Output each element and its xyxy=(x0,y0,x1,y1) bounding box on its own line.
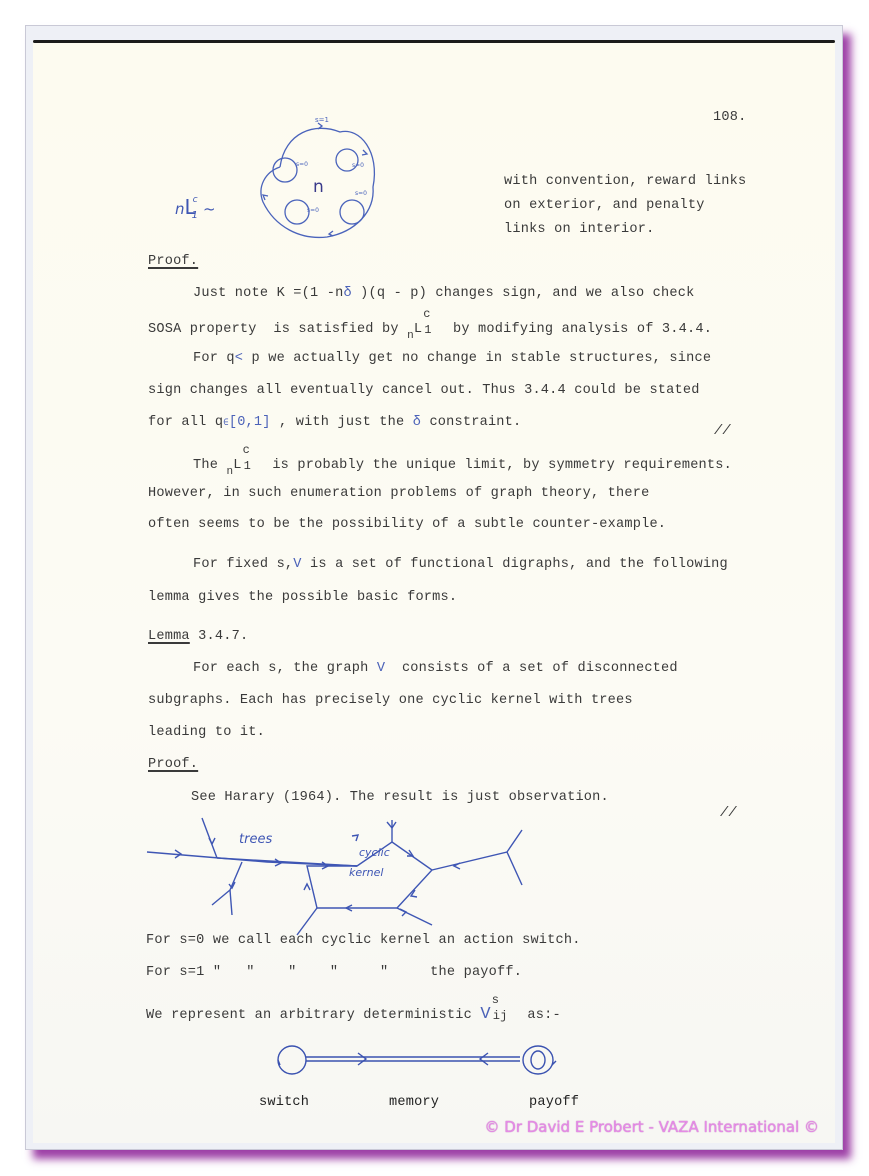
para2-line: The nLc1 is probably the unique limit, b… xyxy=(193,454,732,473)
figure2-functional-digraph: trees cyclic kernel xyxy=(147,810,537,935)
kernel-label: kernel xyxy=(349,866,383,879)
figure3-label-switch: switch xyxy=(259,1095,309,1110)
figure1-caption-line: on exterior, and penalty xyxy=(504,198,705,213)
svg-text:s=0: s=0 xyxy=(307,207,319,214)
proof1-line: for all q∈[0,1] , with just the δ constr… xyxy=(148,415,521,430)
lemma-heading: Lemma 3.4.7. xyxy=(148,629,248,644)
page-number: 108. xyxy=(713,110,746,125)
copyright-watermark: © Dr David E Probert - VAZA Internationa… xyxy=(485,1118,820,1136)
figure3-switch-memory-payoff xyxy=(270,1043,580,1083)
para4-line: For s=1 " " " " " the payoff. xyxy=(146,965,522,980)
proof1-line: sign changes all eventually cancel out. … xyxy=(148,383,700,398)
para4-line: We represent an arbitrary deterministic … xyxy=(146,1004,561,1024)
end-of-proof-mark: // xyxy=(720,806,737,821)
svg-text:s=0: s=0 xyxy=(355,190,367,197)
svg-text:s=0: s=0 xyxy=(296,161,308,168)
lemma-line: subgraphs. Each has precisely one cyclic… xyxy=(148,693,633,708)
paper-top-edge xyxy=(33,40,835,43)
end-of-proof-mark: // xyxy=(714,424,731,439)
figure1-lhs-label: nLc1~ xyxy=(175,195,216,219)
figure3-label-payoff: payoff xyxy=(529,1095,579,1110)
proof1-line: Just note K =(1 -nδ )(q - p) changes sig… xyxy=(193,286,694,301)
kernel-label: cyclic xyxy=(359,846,390,859)
para3-line: For fixed s,V is a set of functional dig… xyxy=(193,557,728,572)
lemma-line: For each s, the graph V consists of a se… xyxy=(193,661,678,676)
para2-line: often seems to be the possibility of a s… xyxy=(148,517,666,532)
proof-heading: Proof. xyxy=(148,757,198,772)
svg-text:s=0: s=0 xyxy=(352,162,364,169)
figure3-label-memory: memory xyxy=(389,1095,439,1110)
para2-line: However, in such enumeration problems of… xyxy=(148,486,649,501)
trees-label: trees xyxy=(239,832,272,847)
proof1-line: SOSA property is satisfied by nLc1 by mo… xyxy=(148,318,712,337)
figure1-caption-line: links on interior. xyxy=(504,222,654,237)
figure1-caption-line: with convention, reward links xyxy=(504,174,746,189)
page-frame xyxy=(25,25,843,1150)
figure1-center-label: n xyxy=(313,177,324,197)
lemma-line: leading to it. xyxy=(148,725,265,740)
figure1-state-diagram: s=1 n s=0 s=0 s=0 s=0 xyxy=(255,112,375,247)
para4-line: For s=0 we call each cyclic kernel an ac… xyxy=(146,933,581,948)
proof2-line: See Harary (1964). The result is just ob… xyxy=(191,790,609,805)
figure1-top-label: s=1 xyxy=(315,116,329,124)
proof-heading: Proof. xyxy=(148,254,198,269)
para3-line: lemma gives the possible basic forms. xyxy=(148,590,457,605)
proof1-line: For q< p we actually get no change in st… xyxy=(193,351,711,366)
